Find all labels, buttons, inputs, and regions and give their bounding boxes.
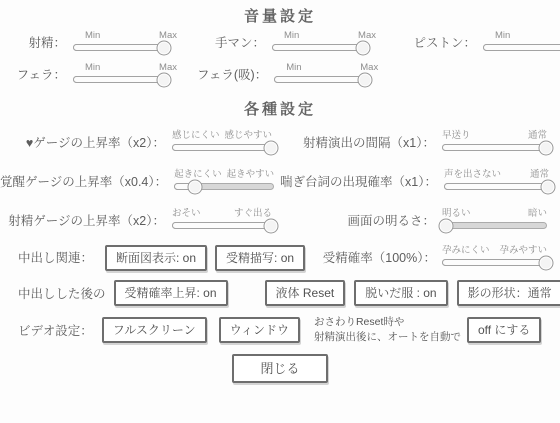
- slider-knob[interactable]: [539, 140, 554, 155]
- setting-brightness: 画面の明るさ： 明るい暗い: [280, 207, 560, 229]
- setting-heart-gauge: ♥ゲージの上昇率（x2）： 感じにくい感じやすい: [0, 129, 280, 151]
- slider-track[interactable]: [442, 222, 547, 229]
- fertility-rise-toggle-button[interactable]: 受精確率上昇: on: [114, 280, 228, 306]
- slider-label-fella-suck: フェラ(吸)：: [197, 65, 267, 83]
- setting-label: 喘ぎ台詞の出現確率（x1）：: [280, 172, 437, 190]
- volume-slider-teman[interactable]: MinMax: [272, 29, 388, 51]
- slider-knob[interactable]: [264, 218, 279, 233]
- slider-track[interactable]: [172, 144, 272, 151]
- video-settings-label: ビデオ設定：: [18, 321, 93, 339]
- slider-progress: [483, 44, 560, 51]
- slider-progress: [442, 259, 547, 266]
- fertilization-view-toggle-button[interactable]: 受精描写: on: [215, 245, 305, 271]
- slider-track[interactable]: [442, 259, 547, 266]
- slider-min-label: 感じにくい: [172, 129, 220, 142]
- slider-min-label: おそい: [172, 207, 201, 220]
- slider-min-label: Min: [495, 29, 510, 42]
- slider-progress: [172, 222, 272, 229]
- setting-label: 覚醒ゲージの上昇率（x0.4）：: [0, 172, 167, 190]
- slider-knob[interactable]: [264, 140, 279, 155]
- video-settings-row: ビデオ設定： フルスクリーン ウィンドウ おさわりReset時や 射精演出後に、…: [0, 315, 560, 345]
- slider-track[interactable]: [483, 44, 560, 51]
- slider-label-teman: 手マン：: [205, 33, 265, 51]
- slider-label-shasei: 射精：: [10, 33, 66, 51]
- slider-progress: [444, 183, 549, 190]
- slider-knob[interactable]: [439, 218, 454, 233]
- slider-min-label: Min: [286, 61, 301, 74]
- moan-rate-slider[interactable]: 声を出さない通常: [444, 168, 549, 190]
- slider-knob[interactable]: [157, 40, 172, 55]
- slider-min-label: 孕みにくい: [442, 244, 490, 257]
- slider-min-label: Min: [85, 61, 100, 74]
- slider-knob[interactable]: [356, 40, 371, 55]
- slider-min-label: 早送り: [442, 129, 471, 142]
- slider-progress: [172, 144, 272, 151]
- fertility-slider[interactable]: 孕みにくい孕みやすい: [442, 244, 547, 266]
- setting-label: ♥ゲージの上昇率（x2）：: [0, 133, 165, 151]
- slider-track[interactable]: [274, 76, 366, 83]
- slider-max-label: 孕みやすい: [499, 244, 547, 257]
- after-nakadashi-label: 中出しした後の: [18, 284, 106, 302]
- slider-knob[interactable]: [157, 72, 172, 87]
- slider-min-label: 声を出さない: [444, 168, 501, 181]
- after-nakadashi-row: 中出しした後の 受精確率上昇: on 液体 Reset 脱いだ服 : on 影の…: [0, 280, 560, 306]
- slider-knob[interactable]: [187, 179, 202, 194]
- setting-moan-rate: 喘ぎ台詞の出現確率（x1）： 声を出さない通常: [280, 168, 560, 190]
- slider-track[interactable]: [442, 144, 547, 151]
- auto-off-note-line2: 射精演出後に、オートを自動で: [314, 330, 461, 345]
- window-mode-button[interactable]: ウィンドウ: [219, 317, 300, 343]
- volume-section-title: 音量設定: [0, 5, 560, 26]
- close-row: 閉じる: [0, 354, 560, 383]
- volume-slider-fella-suck[interactable]: MinMax: [274, 61, 390, 83]
- slider-knob[interactable]: [358, 72, 373, 87]
- slider-track[interactable]: [272, 44, 364, 51]
- nakadashi-row: 中出し関連： 断面図表示: on 受精描写: on 受精確率（100%）： 孕み…: [0, 236, 560, 271]
- slider-track[interactable]: [172, 222, 272, 229]
- auto-off-note-line1: おさわりReset時や: [314, 315, 461, 330]
- nakadashi-label: 中出し関連：: [18, 248, 93, 266]
- removed-clothes-toggle-button[interactable]: 脱いだ服 : on: [354, 280, 447, 306]
- slider-track[interactable]: [73, 76, 165, 83]
- volume-row-1: 射精： MinMax 手マン： MinMax ピストン： MinMax: [0, 29, 560, 51]
- slider-progress: [274, 76, 366, 83]
- slider-max-label: 暗い: [528, 207, 547, 220]
- ejac-gauge-slider[interactable]: おそいすぐ出る: [172, 207, 272, 229]
- shadow-shape-button[interactable]: 影の形状：通常: [457, 280, 560, 306]
- slider-track[interactable]: [444, 183, 549, 190]
- ejac-interval-slider[interactable]: 早送り通常: [442, 129, 547, 151]
- brightness-slider[interactable]: 明るい暗い: [442, 207, 547, 229]
- volume-slider-piston[interactable]: MinMax: [483, 29, 560, 51]
- slider-progress: [73, 44, 165, 51]
- slider-max-label: 感じやすい: [224, 129, 272, 142]
- volume-slider-fella[interactable]: MinMax: [73, 61, 189, 83]
- setting-ejac-gauge: 射精ゲージの上昇率（x2）： おそいすぐ出る: [0, 207, 280, 229]
- setting-label: 射精演出の間隔（x1）：: [280, 133, 435, 151]
- cross-section-toggle-button[interactable]: 断面図表示: on: [105, 245, 207, 271]
- setting-ejac-interval: 射精演出の間隔（x1）： 早送り通常: [280, 129, 560, 151]
- slider-progress: [73, 76, 165, 83]
- slider-knob[interactable]: [540, 179, 555, 194]
- slider-knob[interactable]: [539, 255, 554, 270]
- setting-label: 射精ゲージの上昇率（x2）：: [0, 211, 165, 229]
- slider-progress: [442, 144, 547, 151]
- fertility-label: 受精確率（100%）：: [323, 248, 436, 266]
- slider-track[interactable]: [73, 44, 165, 51]
- slider-min-label: Min: [284, 29, 299, 42]
- volume-slider-shasei[interactable]: MinMax: [73, 29, 189, 51]
- slider-label-piston: ピストン：: [404, 33, 476, 51]
- fullscreen-button[interactable]: フルスクリーン: [102, 317, 207, 343]
- slider-min-label: Min: [85, 29, 100, 42]
- heart-gauge-slider[interactable]: 感じにくい感じやすい: [172, 129, 272, 151]
- slider-max-label: 起きやすい: [227, 168, 275, 181]
- volume-row-2: フェラ： MinMax フェラ(吸)： MinMax: [0, 61, 560, 83]
- fertility-group: 受精確率（100%）： 孕みにくい孕みやすい: [323, 236, 560, 266]
- settings-grid: ♥ゲージの上昇率（x2）： 感じにくい感じやすい 射精演出の間隔（x1）： 早送…: [0, 129, 560, 229]
- slider-progress: [272, 44, 364, 51]
- awaken-gauge-slider[interactable]: 起きにくい起きやすい: [174, 168, 274, 190]
- setting-awaken-gauge: 覚醒ゲージの上昇率（x0.4）： 起きにくい起きやすい: [0, 168, 280, 190]
- liquid-reset-button[interactable]: 液体 Reset: [265, 280, 346, 306]
- slider-label-fella: フェラ：: [10, 65, 66, 83]
- close-button[interactable]: 閉じる: [232, 354, 327, 383]
- slider-track[interactable]: [174, 183, 274, 190]
- settings-panel: 音量設定 射精： MinMax 手マン： MinMax ピストン： MinMax…: [0, 0, 560, 423]
- setting-label: 画面の明るさ：: [280, 211, 435, 229]
- misc-section-title: 各種設定: [0, 98, 560, 119]
- auto-off-button[interactable]: off にする: [467, 317, 541, 343]
- auto-off-note: おさわりReset時や 射精演出後に、オートを自動で: [314, 315, 461, 345]
